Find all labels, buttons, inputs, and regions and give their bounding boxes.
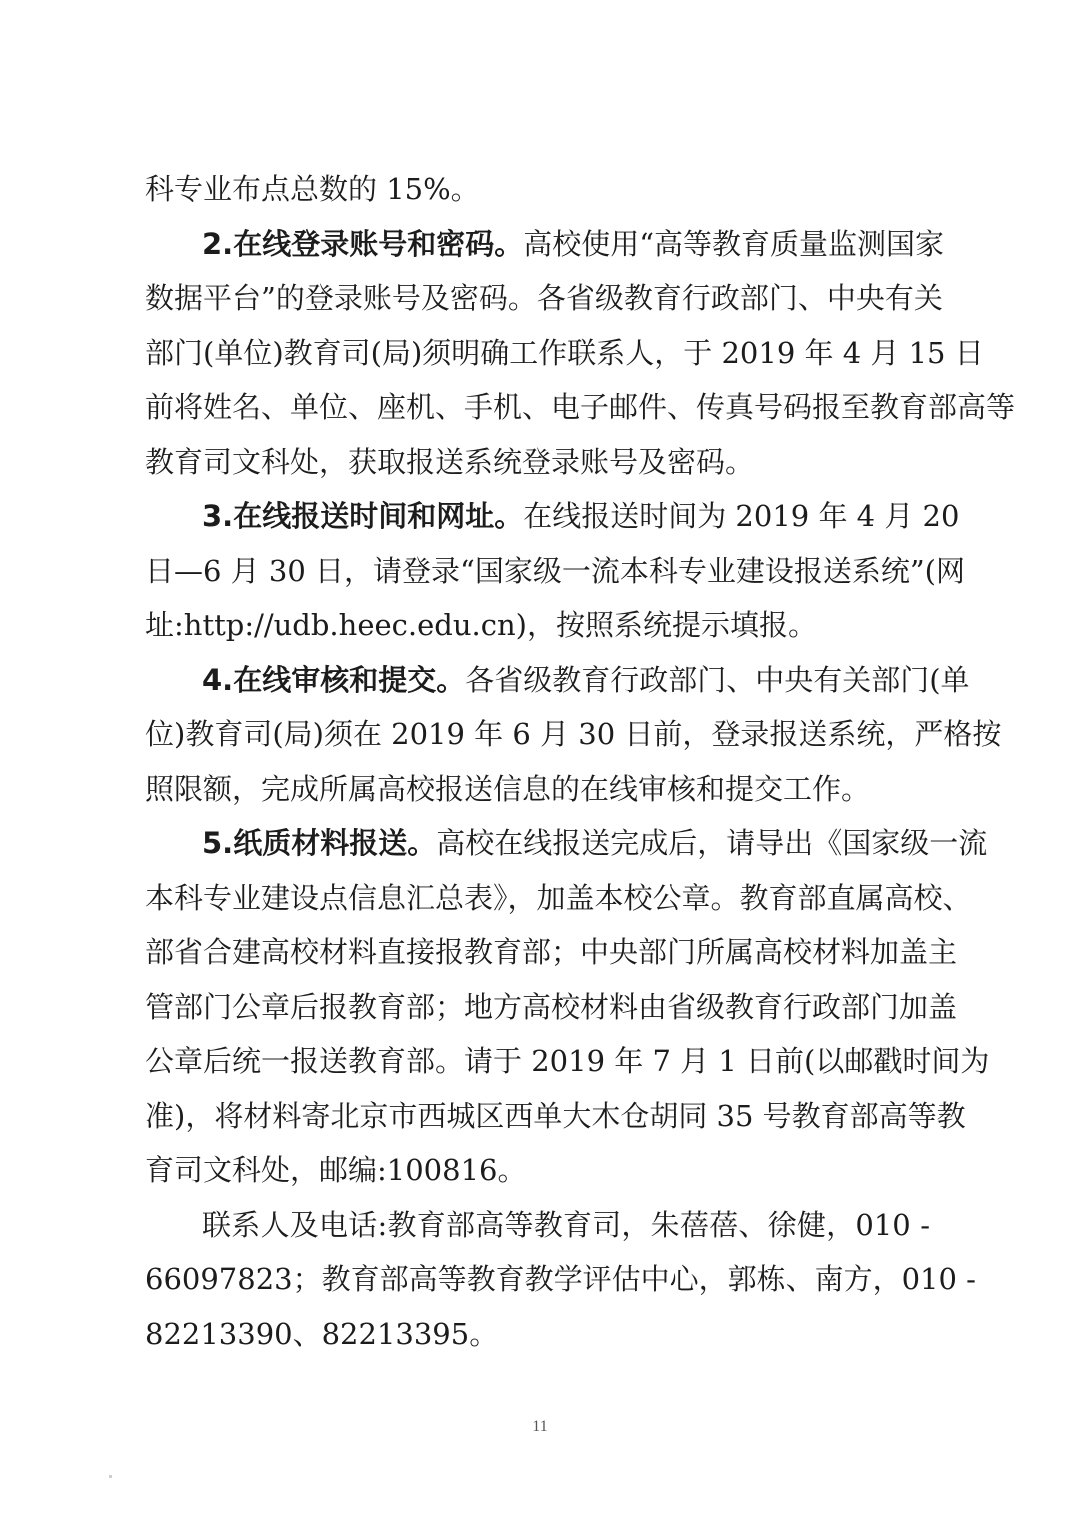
paragraph-line: 照限额，完成所属高校报送信息的在线审核和提交工作。 — [145, 762, 930, 817]
paragraph-line: 部门(单位)教育司(局)须明确工作联系人，于 2019 年 4 月 15 日 — [145, 326, 930, 381]
paragraph-text: 各省级教育行政部门、中央有关部门(单 — [465, 663, 969, 697]
paragraph-line: 科专业布点总数的 15%。 — [145, 162, 930, 217]
paragraph-line: 本科专业建设点信息汇总表》，加盖本校公章。教育部直属高校、 — [145, 871, 930, 926]
paragraph-line: 公章后统一报送教育部。请于 2019 年 7 月 1 日前(以邮戳时间为 — [145, 1034, 930, 1089]
page-number: 11 — [0, 1418, 1080, 1436]
document-body: 科专业布点总数的 15%。 2.在线登录账号和密码。高校使用“高等教育质量监测国… — [145, 162, 930, 1361]
paragraph-text: 高校使用“高等教育质量监测国家 — [523, 227, 944, 261]
paragraph-line: 数据平台”的登录账号及密码。各省级教育行政部门、中央有关 — [145, 271, 930, 326]
paragraph-line: 日—6 月 30 日，请登录“国家级一流本科专业建设报送系统”(网 — [145, 544, 930, 599]
paragraph-line: 前将姓名、单位、座机、手机、电子邮件、传真号码报至教育部高等 — [145, 380, 930, 435]
paragraph-line: 育司文科处，邮编:100816。 — [145, 1143, 930, 1198]
paragraph-line: 教育司文科处，获取报送系统登录账号及密码。 — [145, 435, 930, 490]
section-heading-paper-materials: 5.纸质材料报送。 — [202, 826, 436, 860]
paragraph-line: 3.在线报送时间和网址。在线报送时间为 2019 年 4 月 20 — [145, 489, 930, 544]
document-page: 科专业布点总数的 15%。 2.在线登录账号和密码。高校使用“高等教育质量监测国… — [0, 0, 1080, 1526]
paragraph-line: 2.在线登录账号和密码。高校使用“高等教育质量监测国家 — [145, 217, 930, 272]
paragraph-line: 位)教育司(局)须在 2019 年 6 月 30 日前，登录报送系统，严格按 — [145, 707, 930, 762]
contact-line: 联系人及电话:教育部高等教育司，朱蓓蓓、徐健，010 - — [145, 1198, 930, 1253]
contact-line: 82213390、82213395。 — [145, 1307, 930, 1362]
section-heading-review: 4.在线审核和提交。 — [202, 663, 465, 697]
paragraph-line: 部省合建高校材料直接报教育部；中央部门所属高校材料加盖主 — [145, 925, 930, 980]
paragraph-text: 在线报送时间为 2019 年 4 月 20 — [523, 499, 959, 533]
paragraph-line: 管部门公章后报教育部；地方高校材料由省级教育行政部门加盖 — [145, 980, 930, 1035]
section-heading-login: 2.在线登录账号和密码。 — [202, 227, 523, 261]
paragraph-line: 5.纸质材料报送。高校在线报送完成后，请导出《国家级一流 — [145, 816, 930, 871]
paragraph-line: 准)，将材料寄北京市西城区西单大木仓胡同 35 号教育部高等教 — [145, 1089, 930, 1144]
paragraph-line: 址:http://udb.heec.edu.cn)，按照系统提示填报。 — [145, 598, 930, 653]
scan-artifact — [109, 1475, 112, 1478]
paragraph-text: 高校在线报送完成后，请导出《国家级一流 — [436, 826, 987, 860]
contact-line: 66097823；教育部高等教育教学评估中心，郭栋、南方，010 - — [145, 1252, 930, 1307]
section-heading-submission-time: 3.在线报送时间和网址。 — [202, 499, 523, 533]
paragraph-line: 4.在线审核和提交。各省级教育行政部门、中央有关部门(单 — [145, 653, 930, 708]
